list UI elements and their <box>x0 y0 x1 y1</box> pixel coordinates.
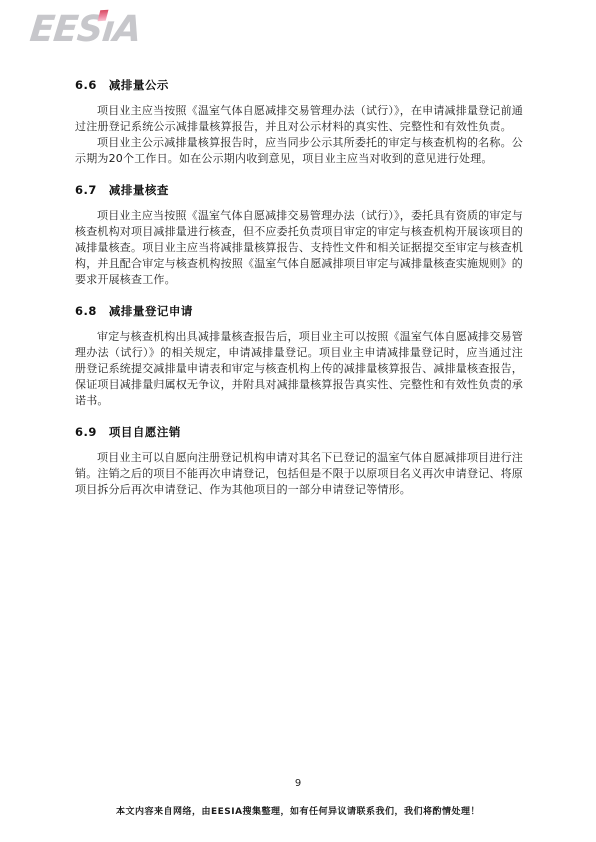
section-number: 6.9 <box>75 425 97 439</box>
section-heading: 6.9项目自愿注销 <box>75 424 523 440</box>
eesia-logo-text: EESıA <box>27 6 162 54</box>
section-heading: 6.8减排量登记申请 <box>75 303 523 319</box>
footer-disclaimer: 本文内容来自网络，由EESIA搜集整理，如有任何异议请联系我们，我们将酌情处理！ <box>0 804 596 817</box>
document-content: 6.6减排量公示 项目业主应当按照《温室气体自愿减排交易管理办法（试行）》，在申… <box>75 77 523 498</box>
paragraph: 项目业主公示减排量核算报告时，应当同步公示其所委托的审定与核查机构的名称。公示期… <box>75 135 523 167</box>
section-title: 减排量公示 <box>109 78 169 92</box>
section-6-8: 6.8减排量登记申请 审定与核查机构出具减排量核查报告后，项目业主可以按照《温室… <box>75 303 523 409</box>
section-number: 6.8 <box>75 304 97 318</box>
section-6-9: 6.9项目自愿注销 项目业主可以自愿向注册登记机构申请对其名下已登记的温室气体自… <box>75 424 523 498</box>
section-title: 减排量登记申请 <box>109 304 193 318</box>
document-page: EESıA 6.6减排量公示 项目业主应当按照《温室气体自愿减排交易管理办法（试… <box>0 0 596 842</box>
paragraph: 项目业主应当按照《温室气体自愿减排交易管理办法（试行）》，在申请减排量登记前通过… <box>75 103 523 135</box>
section-title: 项目自愿注销 <box>109 425 181 439</box>
paragraph: 项目业主应当按照《温室气体自愿减排交易管理办法（试行）》，委托具有资质的审定与核… <box>75 208 523 288</box>
section-title: 减排量核查 <box>109 183 169 197</box>
section-6-6: 6.6减排量公示 项目业主应当按照《温室气体自愿减排交易管理办法（试行）》，在申… <box>75 77 523 167</box>
logo-suffix: A <box>111 9 142 50</box>
page-number: 9 <box>0 778 596 789</box>
logo-prefix: EES <box>28 9 104 50</box>
section-number: 6.6 <box>75 78 97 92</box>
section-number: 6.7 <box>75 183 97 197</box>
paragraph: 审定与核查机构出具减排量核查报告后，项目业主可以按照《温室气体自愿减排交易管理办… <box>75 329 523 409</box>
paragraph: 项目业主可以自愿向注册登记机构申请对其名下已登记的温室气体自愿减排项目进行注销。… <box>75 450 523 498</box>
eesia-logo: EESıA <box>30 6 160 54</box>
section-heading: 6.7减排量核查 <box>75 182 523 198</box>
section-heading: 6.6减排量公示 <box>75 77 523 93</box>
section-6-7: 6.7减排量核查 项目业主应当按照《温室气体自愿减排交易管理办法（试行）》，委托… <box>75 182 523 288</box>
